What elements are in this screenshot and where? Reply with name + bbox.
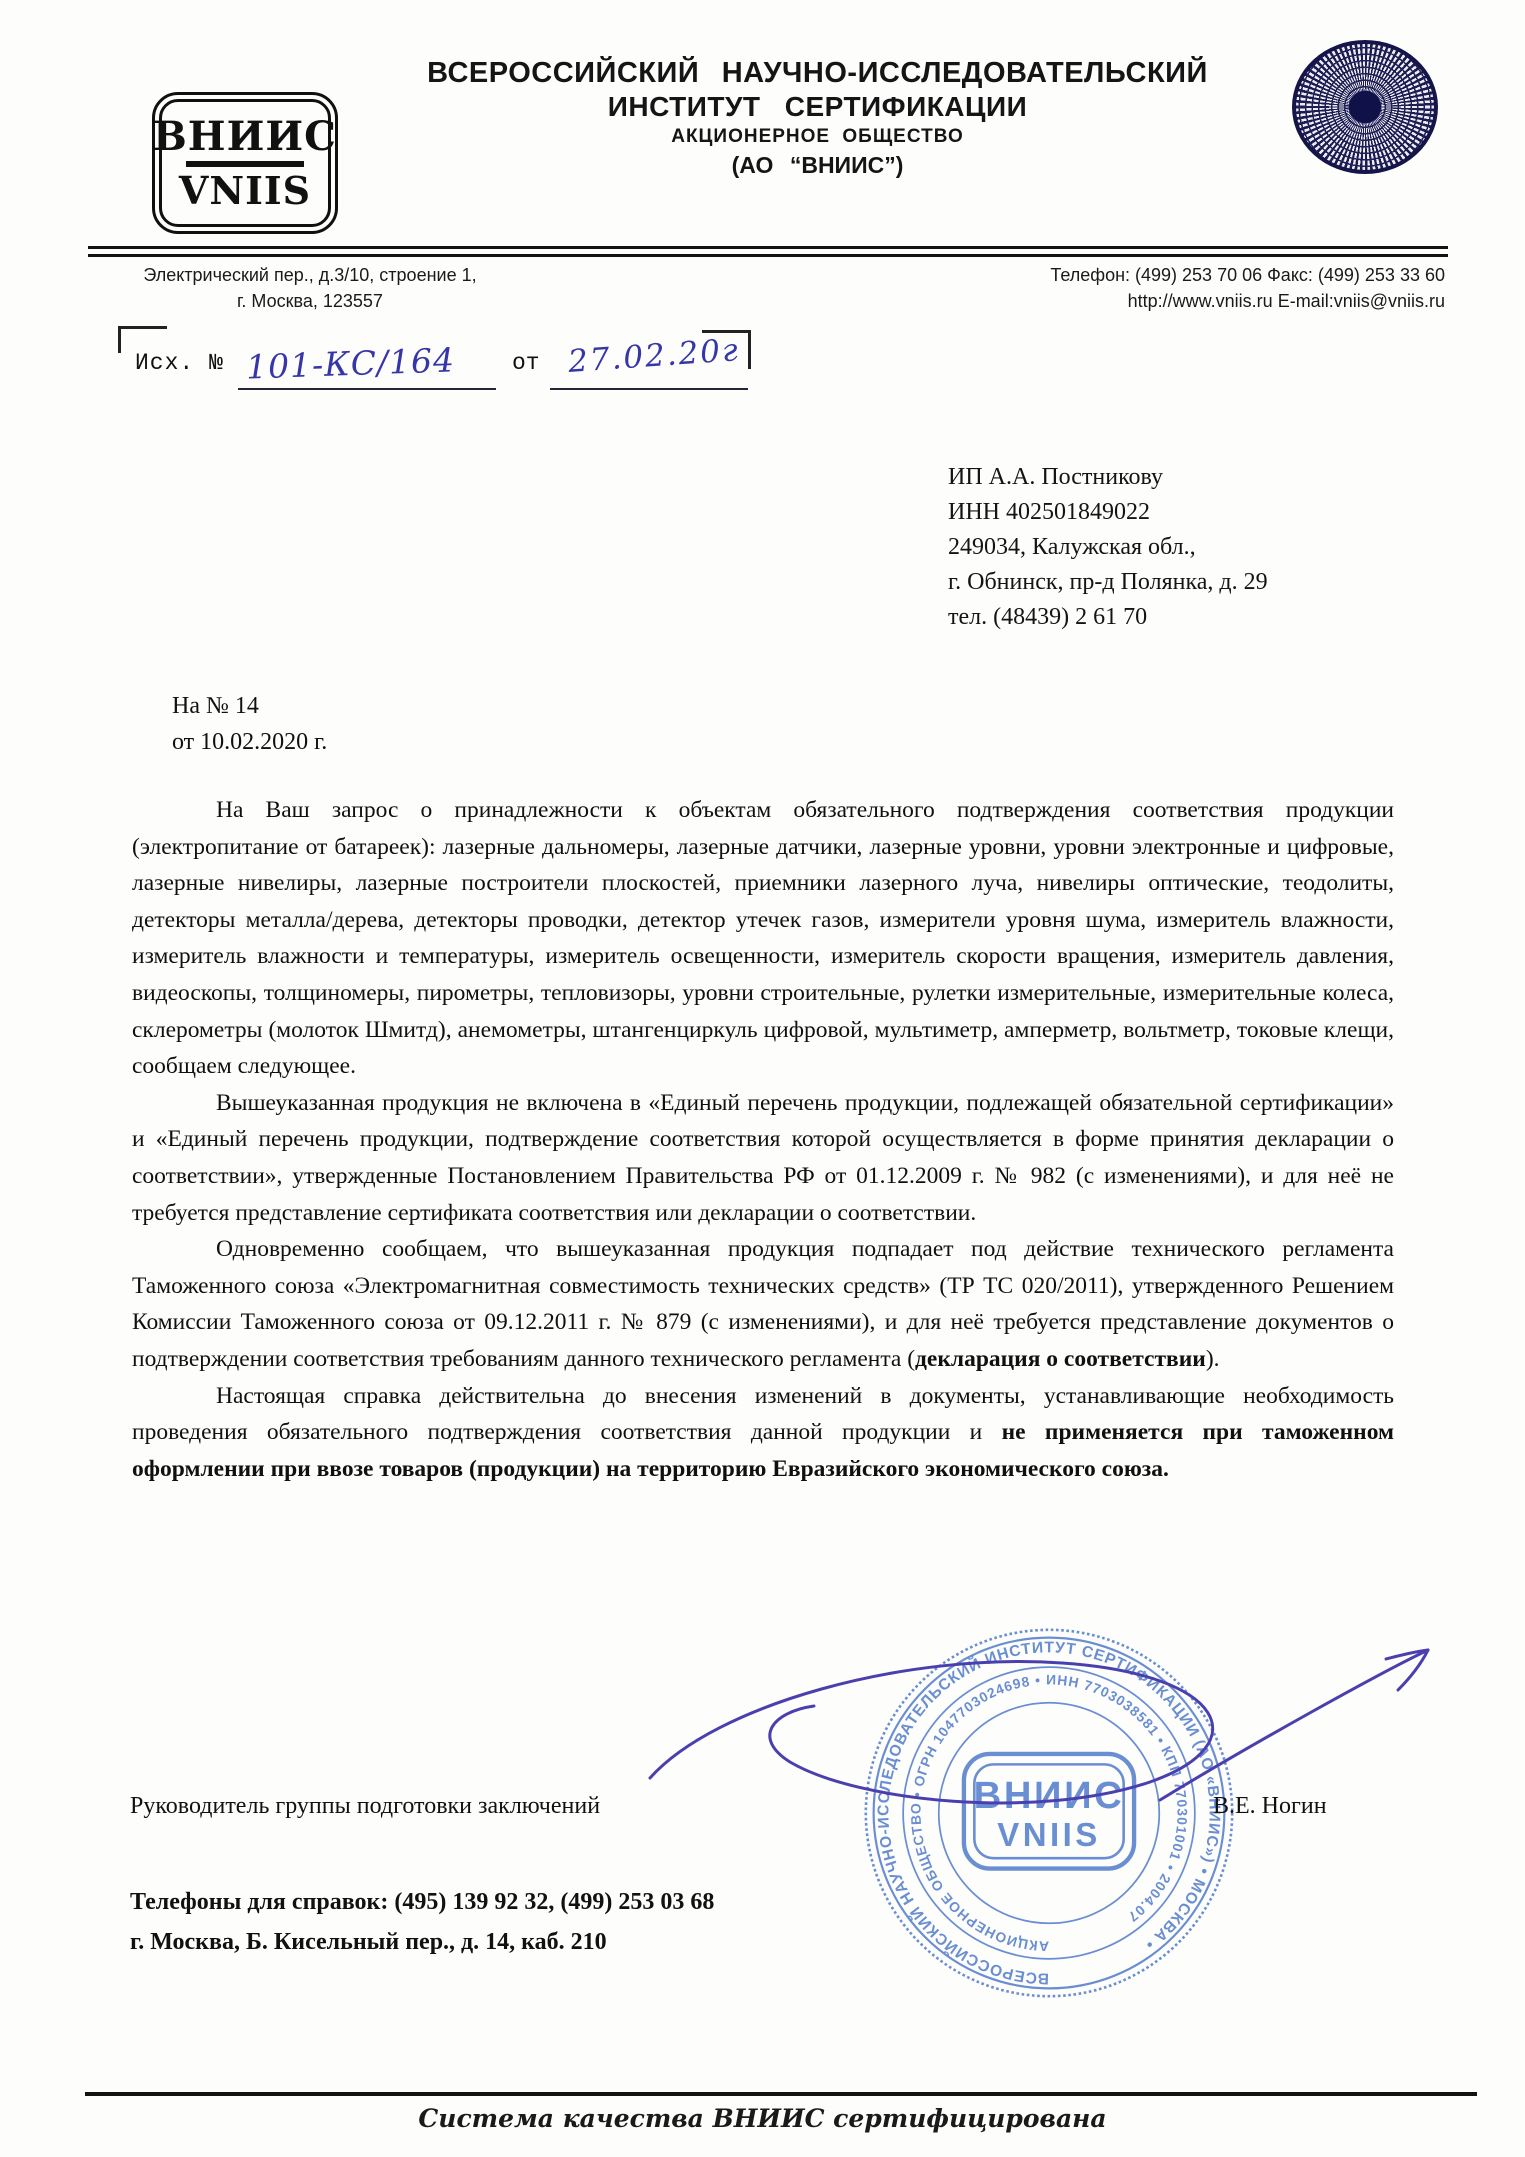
vniis-logo-frame: ВНИИС VNIIS	[159, 99, 331, 227]
paragraph-validity: Настоящая справка действительна до внесе…	[132, 1378, 1394, 1488]
org-title-line2: ИНСТИТУТ СЕРТИФИКАЦИИ	[365, 90, 1270, 123]
signer-name: В.Е. Ногин	[1213, 1793, 1327, 1820]
paragraph-product-list: На Ваш запрос о принадлежности к объекта…	[132, 792, 1394, 1085]
sender-address-line2: г. Москва, 123557	[95, 288, 525, 314]
reference-contacts: Телефоны для справок: (495) 139 92 32, (…	[130, 1882, 714, 1962]
reference-phones: Телефоны для справок: (495) 139 92 32, (…	[130, 1882, 714, 1922]
paragraph-tr-ts-tail: ).	[1206, 1346, 1220, 1372]
round-stamp: ВСЕРОССИЙСКИЙ НАУЧНО-ИССЛЕДОВАТЕЛЬСКИЙ И…	[858, 1622, 1240, 2004]
stamp-center-ru: ВНИИС	[974, 1774, 1125, 1817]
in-reply-date: от 10.02.2020 г.	[172, 724, 327, 760]
paragraph-not-included: Вышеуказанная продукция не включена в «Е…	[132, 1085, 1394, 1231]
letterhead-divider	[88, 246, 1448, 257]
sender-address-line1: Электрический пер., д.3/10, строение 1,	[95, 262, 525, 288]
paragraph-tr-ts: Одновременно сообщаем, что вышеуказанная…	[132, 1231, 1394, 1377]
recipient-block: ИП А.А. Постникову ИНН 402501849022 2490…	[948, 460, 1268, 635]
logo-text-ru: ВНИИС	[153, 115, 337, 159]
org-title-line3: АКЦИОНЕРНОЕ ОБЩЕСТВО	[365, 125, 1270, 149]
logo-divider	[186, 161, 304, 167]
reference-address: г. Москва, Б. Кисельный пер., д. 14, каб…	[130, 1922, 714, 1962]
sender-phone-line: Телефон: (499) 253 70 06 Факс: (499) 253…	[845, 262, 1445, 288]
guilloche-emblem-icon	[1292, 40, 1438, 174]
in-reply-number: На № 14	[172, 688, 327, 724]
outgoing-number-underline	[238, 388, 496, 390]
outgoing-number-handwritten: 101-КС/164	[245, 340, 455, 386]
address-corner-mark-right	[702, 330, 751, 369]
logo-text-en: VNIIS	[179, 170, 311, 212]
footer-quality-note: Система качества ВНИИС сертифицирована	[0, 2104, 1525, 2133]
outgoing-date-underline	[550, 388, 748, 390]
vniis-logo: ВНИИС VNIIS	[152, 92, 338, 234]
recipient-phone: тел. (48439) 2 61 70	[948, 600, 1268, 635]
sender-address: Электрический пер., д.3/10, строение 1, …	[95, 262, 525, 314]
outgoing-number-label: Исх. №	[135, 350, 224, 376]
org-title-line1: ВСЕРОССИЙСКИЙ НАУЧНО-ИССЛЕДОВАТЕЛЬСКИЙ	[365, 56, 1270, 90]
stamp-center-en: VNIIS	[997, 1816, 1101, 1853]
letter-page: ВНИИС VNIIS ВСЕРОССИЙСКИЙ НАУЧНО-ИССЛЕДО…	[0, 0, 1525, 2157]
paragraph-tr-ts-bold: декларация о соответствии	[915, 1346, 1206, 1372]
address-corner-mark-left	[118, 326, 167, 353]
organization-title: ВСЕРОССИЙСКИЙ НАУЧНО-ИССЛЕДОВАТЕЛЬСКИЙ И…	[365, 56, 1270, 179]
signer-position: Руководитель группы подготовки заключени…	[130, 1793, 600, 1820]
recipient-inn: ИНН 402501849022	[948, 495, 1268, 530]
recipient-region: 249034, Калужская обл.,	[948, 530, 1268, 565]
sender-web-line: http://www.vniis.ru E-mail:vniis@vniis.r…	[845, 288, 1445, 314]
sender-contacts: Телефон: (499) 253 70 06 Факс: (499) 253…	[845, 262, 1445, 314]
recipient-name: ИП А.А. Постникову	[948, 460, 1268, 495]
footer-divider	[85, 2092, 1477, 2096]
in-reply-block: На № 14 от 10.02.2020 г.	[172, 688, 327, 760]
outgoing-date-label: от	[512, 350, 540, 376]
recipient-street: г. Обнинск, пр-д Полянка, д. 29	[948, 565, 1268, 600]
letter-body: На Ваш запрос о принадлежности к объекта…	[132, 792, 1394, 1487]
org-title-line4: (АО “ВНИИС”)	[365, 151, 1270, 179]
